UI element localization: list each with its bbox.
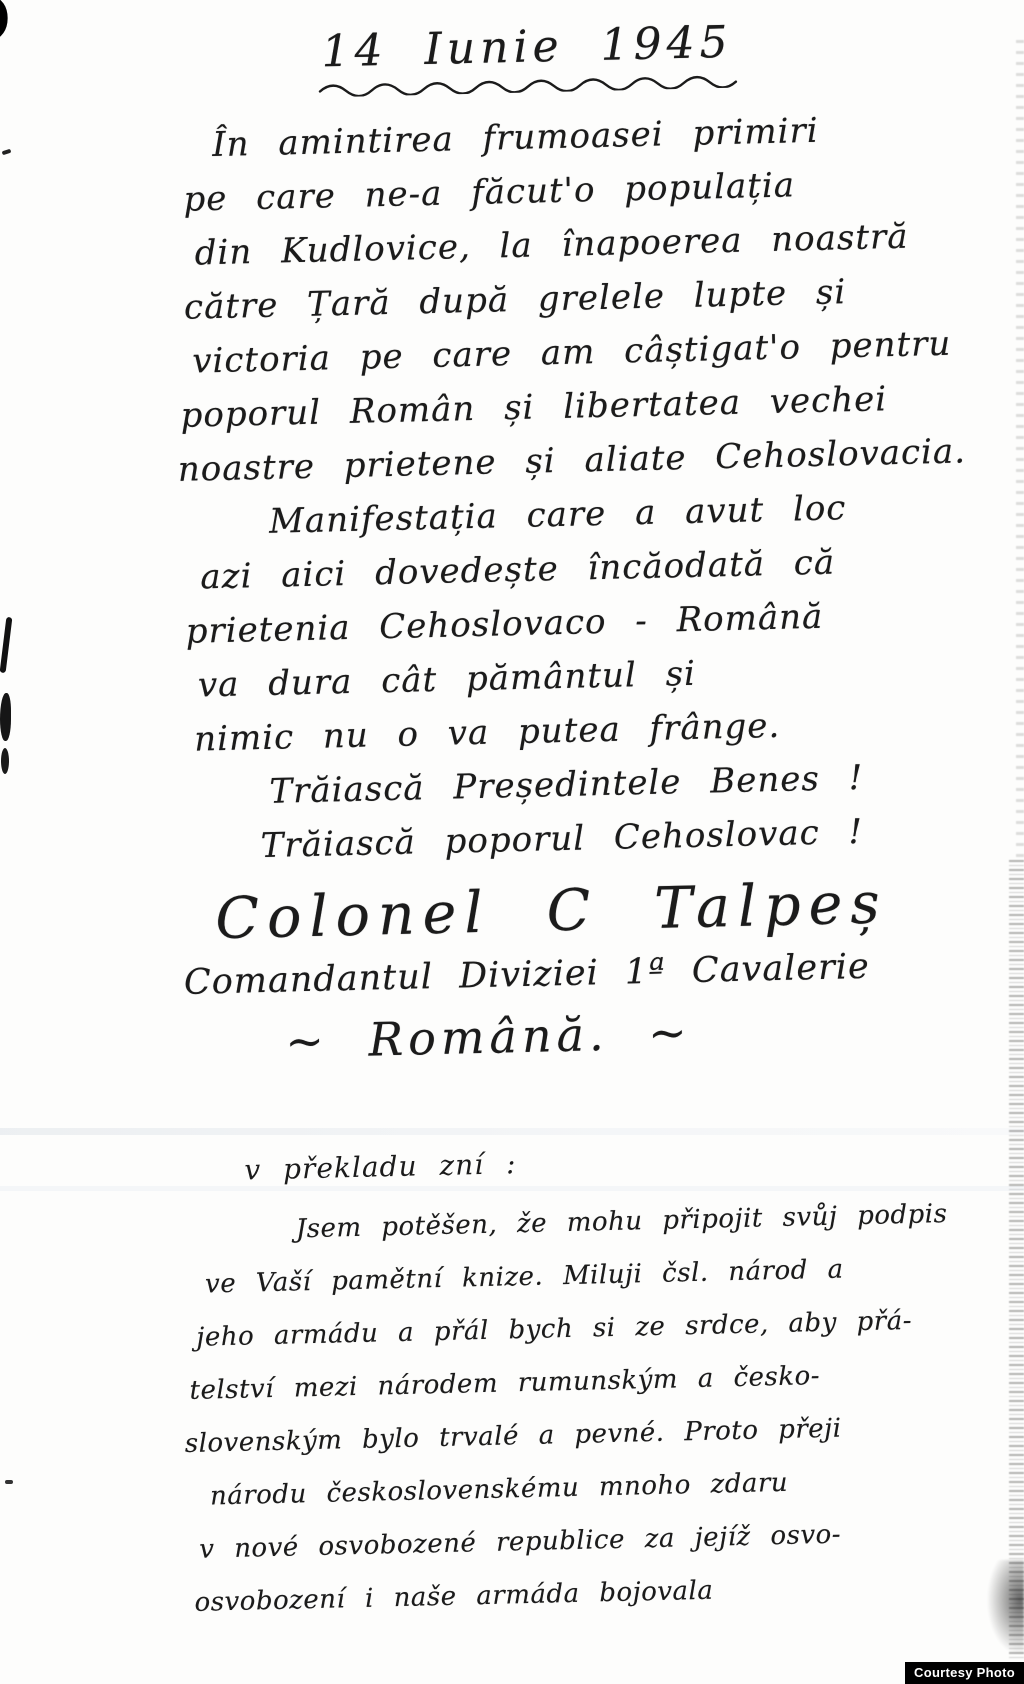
- scan-streak: [0, 1186, 1024, 1191]
- scan-mark-icon: ): [0, 0, 13, 47]
- czech-intro: v překladu zní :: [244, 1135, 1024, 1187]
- romanian-paragraphs: În amintirea frumoasei primiri pe care n…: [0, 99, 1023, 879]
- letter-content: 14 Iunie 1945 În amintirea frumoasei pri…: [0, 0, 1024, 1634]
- scan-edge-noise: [1016, 40, 1024, 860]
- scanned-letter-page: 14 Iunie 1945 În amintirea frumoasei pri…: [0, 0, 1024, 1684]
- courtesy-photo-label: Courtesy Photo: [905, 1662, 1024, 1684]
- signature-name: Colonel C Talpeș: [215, 867, 1024, 952]
- scan-edge-noise: [1009, 860, 1024, 1660]
- scan-mark-icon: [5, 1480, 13, 1484]
- scan-corner-blotch: [984, 1560, 1024, 1660]
- signature-title: Comandantul Diviziei 1ª Cavalerie: [183, 943, 1024, 1003]
- signature-country: ~ Română. ~: [285, 997, 1024, 1068]
- scan-mark-icon: [0, 693, 11, 741]
- scan-mark-icon: [1, 748, 9, 774]
- czech-paragraph: Jsem potěšen, že mohu připojit svůj podp…: [7, 1186, 1024, 1634]
- scan-streak: [0, 1128, 1024, 1135]
